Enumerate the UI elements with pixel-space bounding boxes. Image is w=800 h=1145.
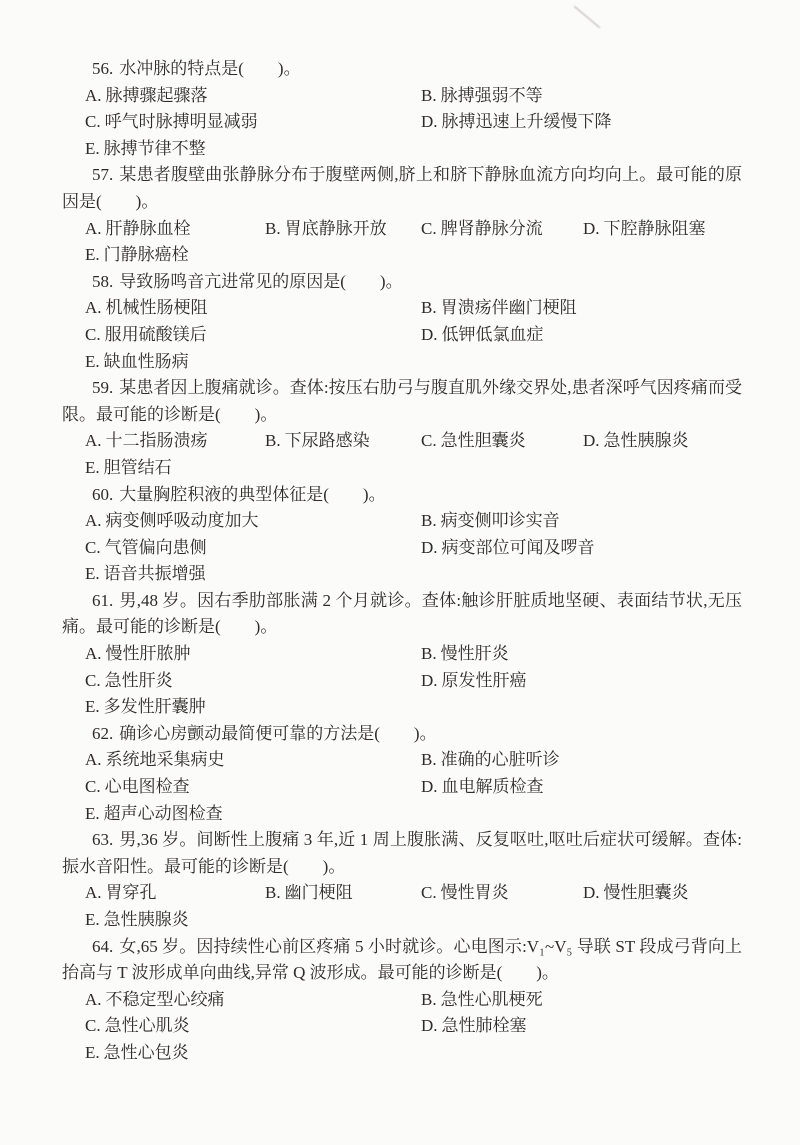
option-c: C.呼气时脉搏明显减弱 [85, 109, 421, 136]
option-text: 病变侧呼吸动度加大 [106, 511, 259, 530]
option-text: 系统地采集病史 [106, 750, 225, 769]
option-e: E.语音共振增强 [85, 561, 421, 588]
option-text: 下尿路感染 [285, 431, 370, 450]
option-c: C.服用硫酸镁后 [85, 322, 421, 349]
option-text: 病变部位可闻及啰音 [442, 538, 595, 557]
option-e: E.胆管结石 [85, 455, 172, 482]
option-text: 慢性胃炎 [441, 883, 509, 902]
option-label: D. [583, 219, 600, 238]
option-label: D. [421, 777, 438, 796]
question-text: 女,65 岁。因持续性心前区疼痛 5 小时就诊。心电图示:V₁~V₅ 导联 ST… [62, 937, 742, 983]
option-label: A. [85, 431, 102, 450]
option-e: E.多发性肝囊肿 [85, 694, 421, 721]
option-label: C. [85, 671, 101, 690]
option-label: A. [85, 990, 102, 1009]
options-row: E.急性胰腺炎 [62, 907, 742, 934]
option-c: C.急性肝炎 [85, 668, 421, 695]
option-label: D. [421, 325, 438, 344]
option-a: A.肝静脉血栓 [85, 216, 265, 243]
option-label: E. [85, 910, 100, 929]
option-text: 气管偏向患侧 [105, 538, 207, 557]
option-b: B.胃底静脉开放 [265, 216, 421, 243]
question-text: 男,36 岁。间断性上腹痛 3 年,近 1 周上腹胀满、反复呕吐,呕吐后症状可缓… [62, 830, 742, 876]
option-text: 脉搏节律不整 [104, 139, 206, 158]
question-number: 61. [92, 591, 113, 610]
option-label: C. [421, 219, 437, 238]
option-text: 不稳定型心绞痛 [106, 990, 225, 1009]
option-text: 低钾低氯血症 [442, 325, 544, 344]
option-label: C. [85, 1016, 101, 1035]
question-text: 某患者因上腹痛就诊。查体:按压右肋弓与腹直肌外缘交界处,患者深呼气因疼痛而受限。… [62, 378, 742, 424]
option-e: E.超声心动图检查 [85, 801, 421, 828]
question-number: 58. [92, 272, 113, 291]
question-stem: 62.确诊心房颤动最简便可靠的方法是( )。 [62, 721, 742, 748]
question-number: 57. [92, 165, 113, 184]
question-stem: 63.男,36 岁。间断性上腹痛 3 年,近 1 周上腹胀满、反复呕吐,呕吐后症… [62, 827, 742, 880]
option-label: C. [421, 431, 437, 450]
option-label: E. [85, 458, 100, 477]
option-label: E. [85, 1043, 100, 1062]
option-text: 急性肝炎 [105, 671, 173, 690]
question-number: 56. [92, 59, 113, 78]
option-label: A. [85, 86, 102, 105]
option-a: A.机械性肠梗阻 [85, 295, 421, 322]
option-text: 急性胰腺炎 [604, 431, 689, 450]
option-text: 原发性肝癌 [442, 671, 527, 690]
question-number: 63. [92, 830, 113, 849]
option-text: 多发性肝囊肿 [104, 697, 206, 716]
question-stem: 57.某患者腹壁曲张静脉分布于腹壁两侧,脐上和脐下静脉血流方向均向上。最可能的原… [62, 162, 742, 215]
question-text: 大量胸腔积液的典型体征是( )。 [119, 485, 385, 504]
option-text: 下腔静脉阻塞 [604, 219, 706, 238]
option-label: D. [421, 671, 438, 690]
option-text: 服用硫酸镁后 [105, 325, 207, 344]
option-b: B.急性心肌梗死 [421, 987, 543, 1014]
option-label: C. [85, 538, 101, 557]
question-block-62: 62.确诊心房颤动最简便可靠的方法是( )。A.系统地采集病史B.准确的心脏听诊… [62, 721, 742, 827]
option-text: 急性肺栓塞 [442, 1016, 527, 1035]
options-row: E.脉搏节律不整 [62, 136, 742, 163]
options-row: A.系统地采集病史B.准确的心脏听诊 [62, 747, 742, 774]
option-text: 慢性肝炎 [441, 644, 509, 663]
option-label: A. [85, 883, 102, 902]
option-text: 十二指肠溃疡 [106, 431, 208, 450]
option-text: 胆管结石 [104, 458, 172, 477]
question-stem: 61.男,48 岁。因右季肋部胀满 2 个月就诊。查体:触诊肝脏质地坚硬、表面结… [62, 588, 742, 641]
option-e: E.脉搏节律不整 [85, 136, 421, 163]
options-row: C.心电图检查D.血电解质检查 [62, 774, 742, 801]
question-text: 某患者腹壁曲张静脉分布于腹壁两侧,脐上和脐下静脉血流方向均向上。最可能的原因是(… [62, 165, 742, 211]
option-text: 急性心肌梗死 [441, 990, 543, 1009]
options-row: E.超声心动图检查 [62, 801, 742, 828]
question-text: 男,48 岁。因右季肋部胀满 2 个月就诊。查体:触诊肝脏质地坚硬、表面结节状,… [62, 591, 742, 637]
option-label: A. [85, 644, 102, 663]
option-b: B.脉搏强弱不等 [421, 83, 543, 110]
option-text: 急性胰腺炎 [104, 910, 189, 929]
question-text: 水冲脉的特点是( )。 [119, 59, 300, 78]
options-row: A.机械性肠梗阻B.胃溃疡伴幽门梗阻 [62, 295, 742, 322]
option-label: C. [85, 112, 101, 131]
option-label: E. [85, 564, 100, 583]
option-label: B. [421, 86, 437, 105]
option-label: A. [85, 750, 102, 769]
option-label: E. [85, 245, 100, 264]
options-row: C.呼气时脉搏明显减弱D.脉搏迅速上升缓慢下降 [62, 109, 742, 136]
option-a: A.不稳定型心绞痛 [85, 987, 421, 1014]
options-row: A.病变侧呼吸动度加大B.病变侧叩诊实音 [62, 508, 742, 535]
options-row: E.门静脉癌栓 [62, 242, 742, 269]
option-text: 门静脉癌栓 [104, 245, 189, 264]
options-row: A.脉搏骤起骤落B.脉搏强弱不等 [62, 83, 742, 110]
option-text: 脉搏迅速上升缓慢下降 [442, 112, 612, 131]
option-text: 心电图检查 [105, 777, 190, 796]
option-text: 脾肾静脉分流 [441, 219, 543, 238]
option-text: 准确的心脏听诊 [441, 750, 560, 769]
options-row: A.肝静脉血栓B.胃底静脉开放C.脾肾静脉分流D.下腔静脉阻塞 [62, 216, 742, 243]
option-label: D. [421, 538, 438, 557]
option-c: C.气管偏向患侧 [85, 535, 421, 562]
options-row: E.急性心包炎 [62, 1040, 742, 1067]
options-row: E.语音共振增强 [62, 561, 742, 588]
option-text: 脉搏强弱不等 [441, 86, 543, 105]
question-list: 56.水冲脉的特点是( )。A.脉搏骤起骤落B.脉搏强弱不等C.呼气时脉搏明显减… [0, 0, 800, 1067]
question-number: 62. [92, 724, 113, 743]
option-text: 急性胆囊炎 [441, 431, 526, 450]
question-block-59: 59.某患者因上腹痛就诊。查体:按压右肋弓与腹直肌外缘交界处,患者深呼气因疼痛而… [62, 375, 742, 481]
question-block-61: 61.男,48 岁。因右季肋部胀满 2 个月就诊。查体:触诊肝脏质地坚硬、表面结… [62, 588, 742, 721]
option-b: B.病变侧叩诊实音 [421, 508, 560, 535]
option-text: 肝静脉血栓 [106, 219, 191, 238]
option-d: D.脉搏迅速上升缓慢下降 [421, 109, 612, 136]
option-a: A.脉搏骤起骤落 [85, 83, 421, 110]
options-row: C.急性心肌炎D.急性肺栓塞 [62, 1013, 742, 1040]
question-number: 60. [92, 485, 113, 504]
options-row: C.气管偏向患侧D.病变部位可闻及啰音 [62, 535, 742, 562]
option-text: 机械性肠梗阻 [106, 298, 208, 317]
option-text: 急性心包炎 [104, 1043, 189, 1062]
option-label: B. [421, 298, 437, 317]
option-text: 语音共振增强 [104, 564, 206, 583]
option-a: A.慢性肝脓肿 [85, 641, 421, 668]
option-text: 缺血性肠病 [104, 352, 189, 371]
option-label: B. [265, 883, 281, 902]
question-block-60: 60.大量胸腔积液的典型体征是( )。A.病变侧呼吸动度加大B.病变侧叩诊实音C… [62, 482, 742, 588]
option-label: A. [85, 511, 102, 530]
question-stem: 60.大量胸腔积液的典型体征是( )。 [62, 482, 742, 509]
option-label: E. [85, 804, 100, 823]
options-row: E.胆管结石 [62, 455, 742, 482]
option-a: A.胃穿孔 [85, 880, 265, 907]
options-row: A.不稳定型心绞痛B.急性心肌梗死 [62, 987, 742, 1014]
question-number: 64. [92, 937, 113, 956]
options-row: E.多发性肝囊肿 [62, 694, 742, 721]
option-a: A.系统地采集病史 [85, 747, 421, 774]
option-d: D.慢性胆囊炎 [583, 880, 689, 907]
question-stem: 56.水冲脉的特点是( )。 [62, 56, 742, 83]
options-row: C.急性肝炎D.原发性肝癌 [62, 668, 742, 695]
option-text: 呼气时脉搏明显减弱 [105, 112, 258, 131]
question-block-57: 57.某患者腹壁曲张静脉分布于腹壁两侧,脐上和脐下静脉血流方向均向上。最可能的原… [62, 162, 742, 268]
option-e: E.急性胰腺炎 [85, 907, 189, 934]
question-text: 确诊心房颤动最简便可靠的方法是( )。 [119, 724, 436, 743]
option-label: E. [85, 352, 100, 371]
option-label: D. [421, 112, 438, 131]
option-label: D. [583, 883, 600, 902]
option-d: D.血电解质检查 [421, 774, 544, 801]
option-label: C. [85, 325, 101, 344]
option-label: A. [85, 219, 102, 238]
options-row: A.十二指肠溃疡B.下尿路感染C.急性胆囊炎D.急性胰腺炎 [62, 428, 742, 455]
options-row: E.缺血性肠病 [62, 349, 742, 376]
option-label: E. [85, 139, 100, 158]
option-text: 胃底静脉开放 [285, 219, 387, 238]
option-label: B. [421, 511, 437, 530]
option-c: C.心电图检查 [85, 774, 421, 801]
option-d: D.低钾低氯血症 [421, 322, 544, 349]
options-row: C.服用硫酸镁后D.低钾低氯血症 [62, 322, 742, 349]
option-e: E.急性心包炎 [85, 1040, 421, 1067]
question-number: 59. [92, 378, 113, 397]
option-text: 超声心动图检查 [104, 804, 223, 823]
question-block-56: 56.水冲脉的特点是( )。A.脉搏骤起骤落B.脉搏强弱不等C.呼气时脉搏明显减… [62, 56, 742, 162]
option-label: B. [421, 644, 437, 663]
option-label: B. [265, 431, 281, 450]
option-label: B. [421, 990, 437, 1009]
option-a: A.病变侧呼吸动度加大 [85, 508, 421, 535]
option-e: E.缺血性肠病 [85, 349, 421, 376]
option-label: D. [583, 431, 600, 450]
question-block-64: 64.女,65 岁。因持续性心前区疼痛 5 小时就诊。心电图示:V₁~V₅ 导联… [62, 934, 742, 1067]
option-text: 胃溃疡伴幽门梗阻 [441, 298, 577, 317]
question-block-63: 63.男,36 岁。间断性上腹痛 3 年,近 1 周上腹胀满、反复呕吐,呕吐后症… [62, 827, 742, 933]
option-text: 慢性胆囊炎 [604, 883, 689, 902]
option-c: C.慢性胃炎 [421, 880, 583, 907]
option-c: C.急性心肌炎 [85, 1013, 421, 1040]
option-label: B. [421, 750, 437, 769]
option-text: 慢性肝脓肿 [106, 644, 191, 663]
question-stem: 64.女,65 岁。因持续性心前区疼痛 5 小时就诊。心电图示:V₁~V₅ 导联… [62, 934, 742, 987]
option-b: B.幽门梗阻 [265, 880, 421, 907]
question-stem: 59.某患者因上腹痛就诊。查体:按压右肋弓与腹直肌外缘交界处,患者深呼气因疼痛而… [62, 375, 742, 428]
option-text: 脉搏骤起骤落 [106, 86, 208, 105]
scanned-exam-page: { "page": { "background": "#fbfbf9", "te… [0, 0, 800, 1145]
option-text: 血电解质检查 [442, 777, 544, 796]
option-b: B.下尿路感染 [265, 428, 421, 455]
option-d: D.原发性肝癌 [421, 668, 527, 695]
option-text: 病变侧叩诊实音 [441, 511, 560, 530]
option-d: D.急性肺栓塞 [421, 1013, 527, 1040]
option-c: C.急性胆囊炎 [421, 428, 583, 455]
option-e: E.门静脉癌栓 [85, 242, 189, 269]
options-row: A.慢性肝脓肿B.慢性肝炎 [62, 641, 742, 668]
option-d: D.急性胰腺炎 [583, 428, 689, 455]
question-block-58: 58.导致肠鸣音亢进常见的原因是( )。A.机械性肠梗阻B.胃溃疡伴幽门梗阻C.… [62, 269, 742, 375]
option-b: B.准确的心脏听诊 [421, 747, 560, 774]
question-stem: 58.导致肠鸣音亢进常见的原因是( )。 [62, 269, 742, 296]
options-row: A.胃穿孔B.幽门梗阻C.慢性胃炎D.慢性胆囊炎 [62, 880, 742, 907]
question-text: 导致肠鸣音亢进常见的原因是( )。 [119, 272, 402, 291]
option-text: 幽门梗阻 [285, 883, 353, 902]
option-label: A. [85, 298, 102, 317]
option-label: B. [265, 219, 281, 238]
option-text: 急性心肌炎 [105, 1016, 190, 1035]
option-label: C. [421, 883, 437, 902]
option-a: A.十二指肠溃疡 [85, 428, 265, 455]
option-d: D.下腔静脉阻塞 [583, 216, 706, 243]
option-d: D.病变部位可闻及啰音 [421, 535, 595, 562]
option-label: E. [85, 697, 100, 716]
option-text: 胃穿孔 [106, 883, 157, 902]
option-b: B.慢性肝炎 [421, 641, 509, 668]
option-b: B.胃溃疡伴幽门梗阻 [421, 295, 577, 322]
option-label: D. [421, 1016, 438, 1035]
option-c: C.脾肾静脉分流 [421, 216, 583, 243]
option-label: C. [85, 777, 101, 796]
